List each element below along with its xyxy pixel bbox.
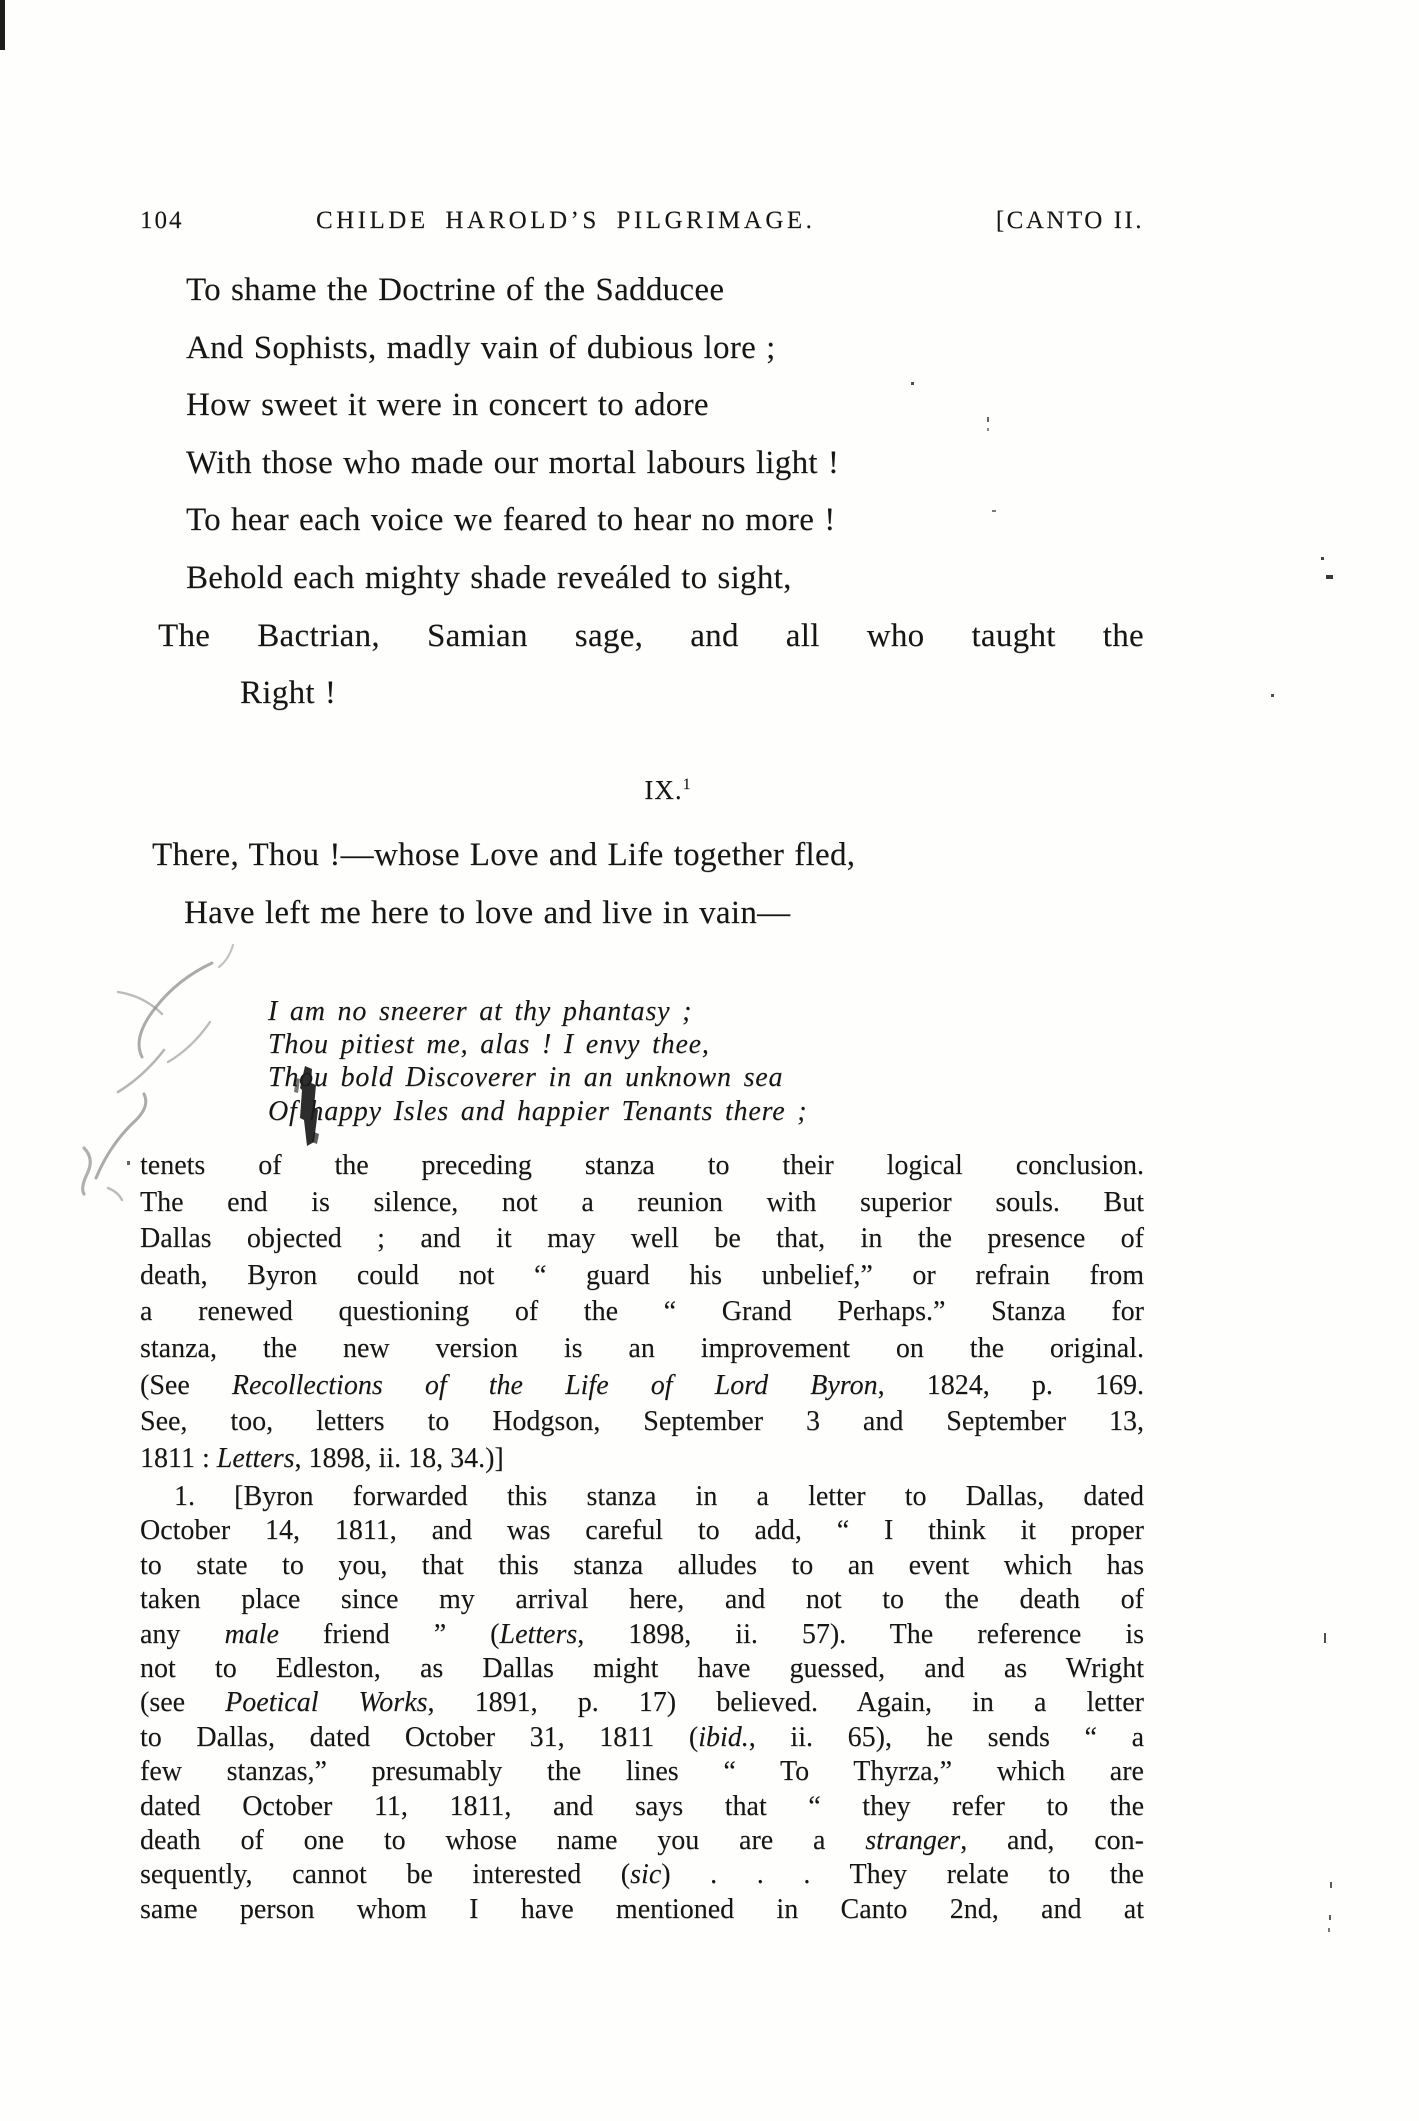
- text-line: death of one to whose name you are a str…: [140, 1824, 1144, 1858]
- text-line: to Dallas, dated October 31, 1811 (ibid.…: [140, 1721, 1144, 1755]
- text-line: There, Thou !—whose Love and Life togeth…: [140, 827, 1144, 885]
- text-line: dated October 11, 1811, and says that “ …: [140, 1790, 1144, 1824]
- text-line: death, Byron could not “ guard his unbel…: [140, 1258, 1144, 1295]
- text-line: See, too, letters to Hodgson, September …: [140, 1404, 1144, 1441]
- text-line: (See Recollections of the Life of Lord B…: [140, 1368, 1144, 1405]
- text-line: stanza, the new version is an improvemen…: [140, 1331, 1144, 1368]
- text-line: Have left me here to love and live in va…: [140, 885, 1144, 943]
- text-line: a renewed questioning of the “ Grand Per…: [140, 1294, 1144, 1331]
- book-page: 104 CHILDE HAROLD’S PILGRIMAGE. [CANTO I…: [0, 0, 1419, 2121]
- footnote-one: 1. [Byron forwarded this stanza in a let…: [140, 1480, 1144, 1927]
- text-line: 1. [Byron forwarded this stanza in a let…: [140, 1480, 1144, 1514]
- page-header: 104 CHILDE HAROLD’S PILGRIMAGE. [CANTO I…: [140, 207, 1144, 235]
- text-line: Of happy Isles and happier Tenants there…: [268, 1095, 807, 1128]
- text-line: not to Edleston, as Dallas might have gu…: [140, 1652, 1144, 1686]
- text-line: sequently, cannot be interested (sic) . …: [140, 1858, 1144, 1892]
- text-line: to state to you, that this stanza allude…: [140, 1549, 1144, 1583]
- text-line: same person whom I have mentioned in Can…: [140, 1893, 1144, 1927]
- stanza-numeral: IX.: [644, 775, 682, 805]
- text-line: any male friend ” (Letters, 1898, ii. 57…: [140, 1618, 1144, 1652]
- text-line: To hear each voice we feared to hear no …: [140, 492, 1144, 550]
- text-line: 1811 : Letters, 1898, ii. 18, 34.)]: [140, 1441, 1144, 1478]
- text-line: The Bactrian, Samian sage, and all who t…: [140, 608, 1144, 666]
- text-line: October 14, 1811, and was careful to add…: [140, 1514, 1144, 1548]
- text-line: To shame the Doctrine of the Sadducee: [140, 262, 1144, 320]
- canto-label: [CANTO II.: [996, 207, 1144, 235]
- stanza-ix-heading: IX.1: [140, 775, 1144, 806]
- scan-edge-artifact: [0, 0, 5, 50]
- running-title: CHILDE HAROLD’S PILGRIMAGE.: [316, 207, 815, 235]
- text-line: And Sophists, madly vain of dubious lore…: [140, 320, 1144, 378]
- footnote-reference: 1: [683, 776, 692, 793]
- page-number: 104: [140, 207, 184, 235]
- text-line: How sweet it were in concert to adore: [140, 377, 1144, 435]
- text-line: Right !: [140, 665, 1144, 723]
- footnote-continuation: tenets of the preceding stanza to their …: [140, 1148, 1144, 1477]
- text-line: The end is silence, not a reunion with s…: [140, 1185, 1144, 1222]
- text-line: few stanzas,” presumably the lines “ To …: [140, 1755, 1144, 1789]
- text-line: taken place since my arrival here, and n…: [140, 1583, 1144, 1617]
- text-line: Thou bold Discoverer in an unknown sea: [268, 1061, 807, 1094]
- text-line: tenets of the preceding stanza to their …: [140, 1148, 1144, 1185]
- stanza-viii: To shame the Doctrine of the SadduceeAnd…: [140, 262, 1144, 723]
- text-line: Dallas objected ; and it may well be tha…: [140, 1221, 1144, 1258]
- stanza-ix: There, Thou !—whose Love and Life togeth…: [140, 827, 1144, 942]
- text-line: With those who made our mortal labours l…: [140, 435, 1144, 493]
- text-line: Thou pitiest me, alas ! I envy thee,: [268, 1028, 807, 1061]
- text-line: (see Poetical Works, 1891, p. 17) believ…: [140, 1686, 1144, 1720]
- quoted-verse: I am no sneerer at thy phantasy ;Thou pi…: [268, 995, 807, 1128]
- text-line: I am no sneerer at thy phantasy ;: [268, 995, 807, 1028]
- text-line: Behold each mighty shade reveáled to sig…: [140, 550, 1144, 608]
